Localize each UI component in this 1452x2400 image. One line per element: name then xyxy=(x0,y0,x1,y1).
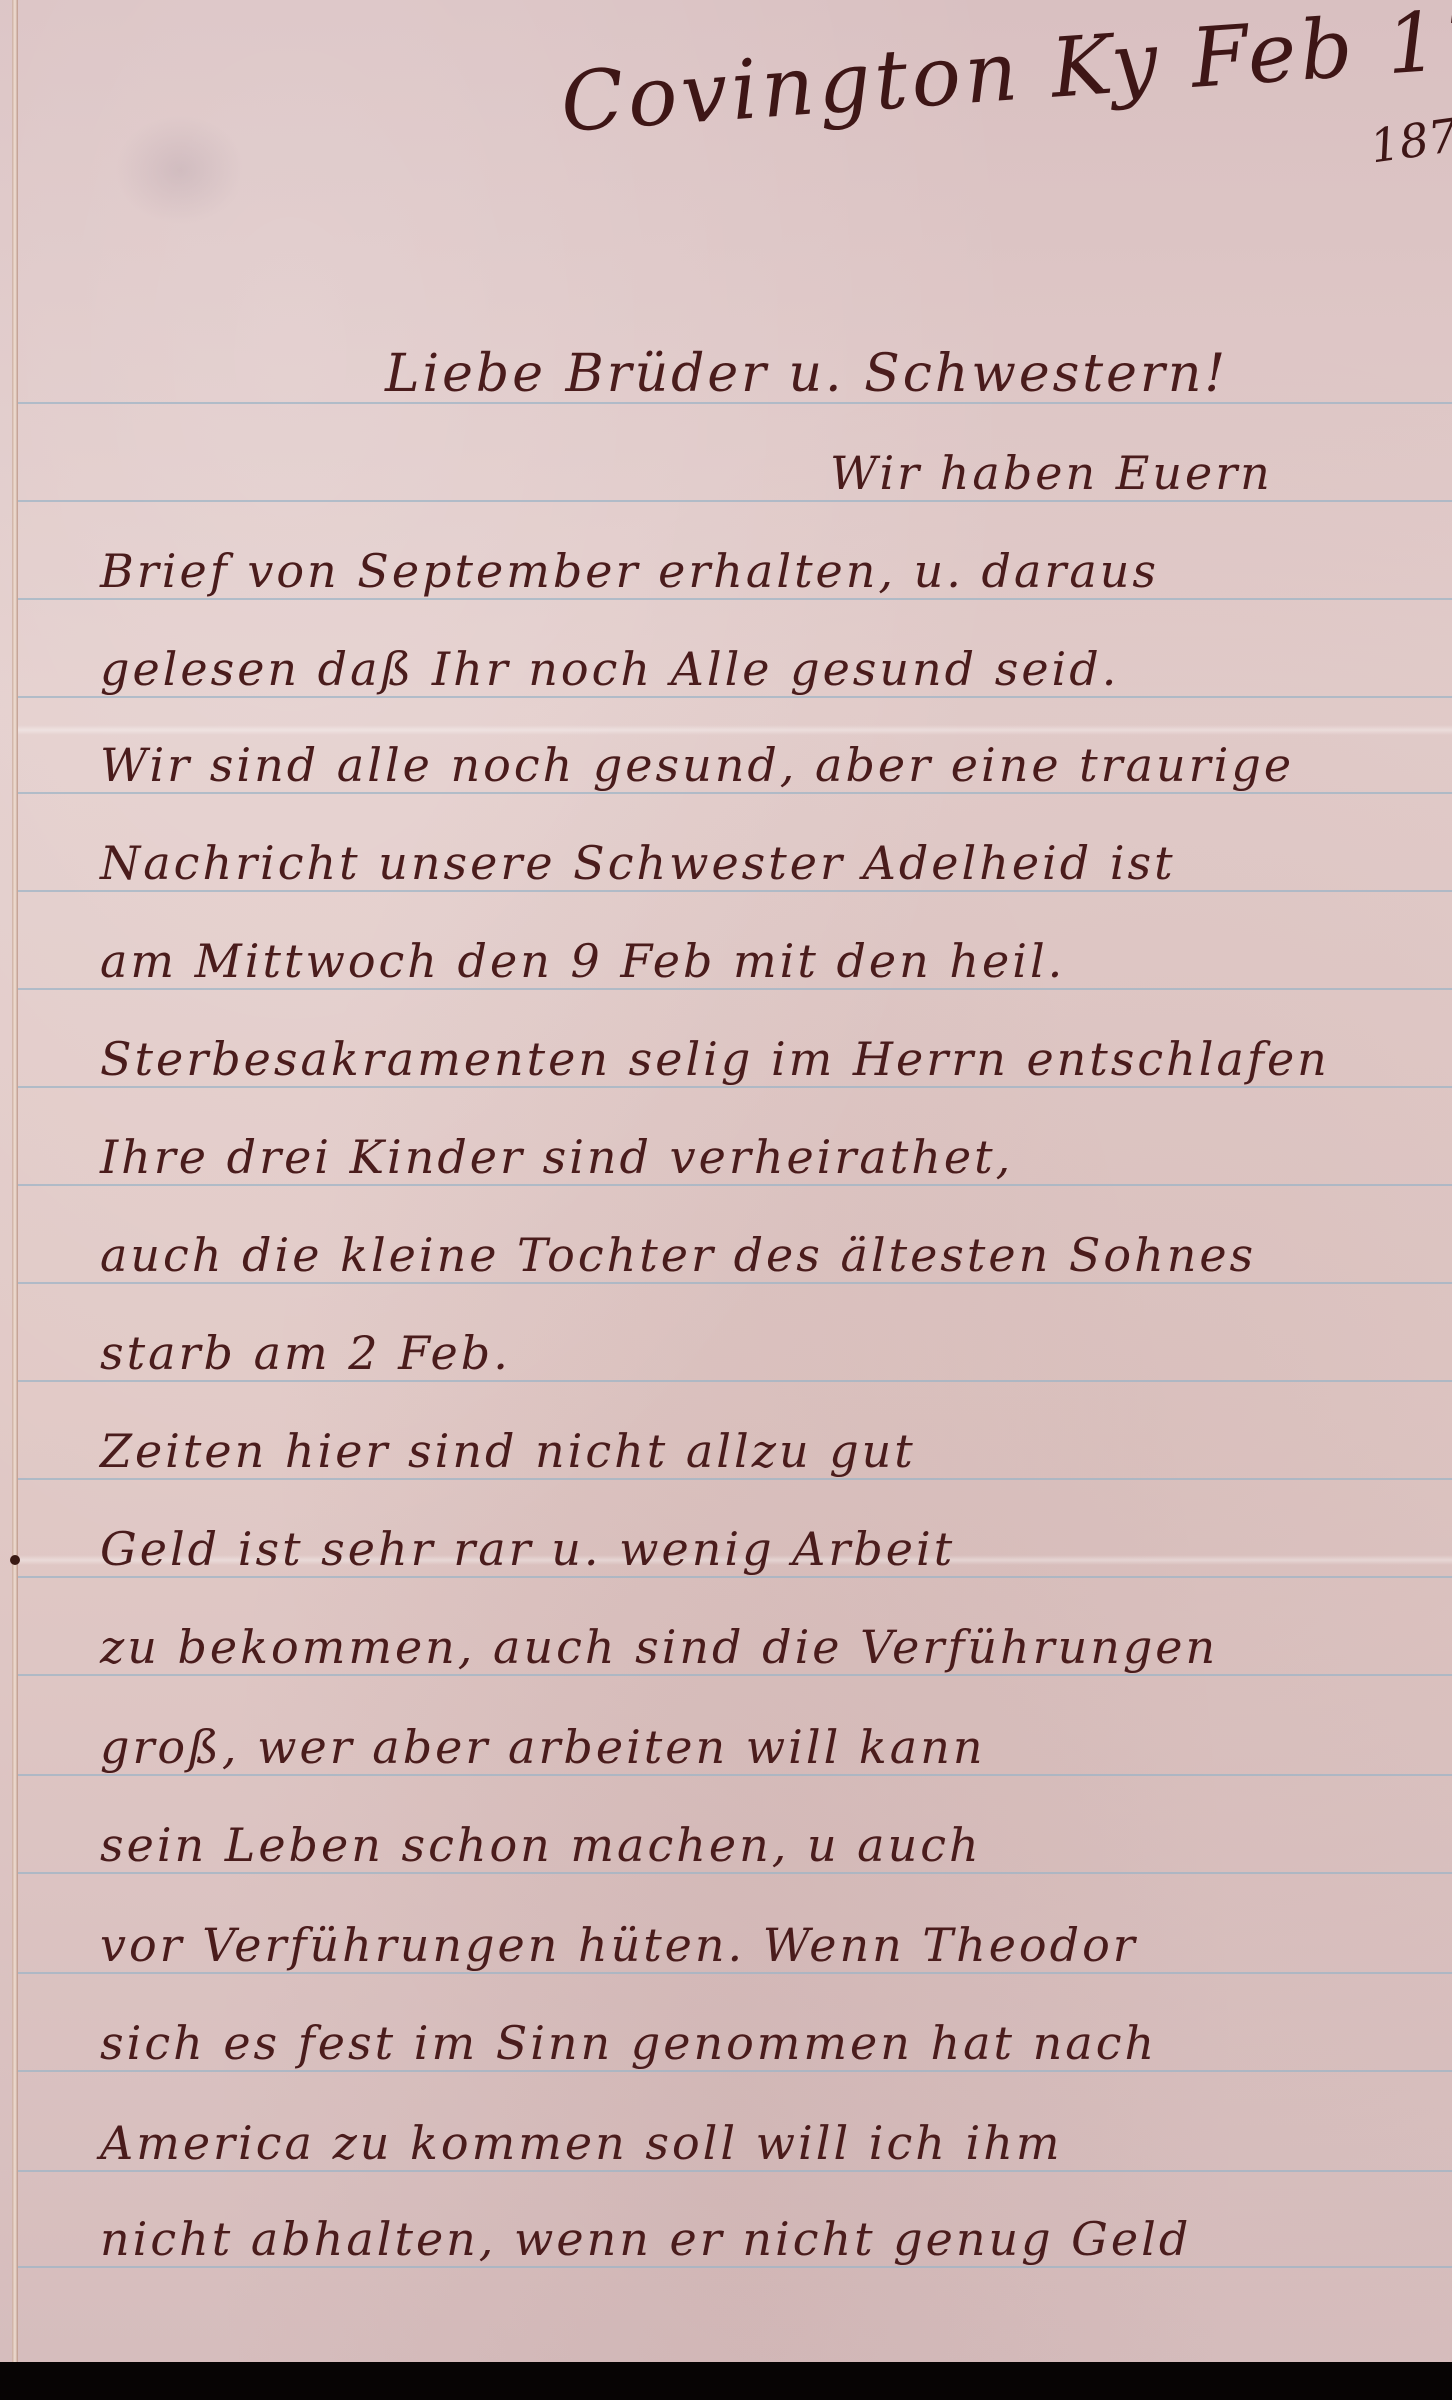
ruled-line xyxy=(18,1972,1452,1974)
letter-line: sich es fest im Sinn genommen hat nach xyxy=(100,2020,1157,2066)
letter-line: Sterbesakramenten selig im Herrn entschl… xyxy=(100,1036,1330,1082)
ruled-line xyxy=(18,1478,1452,1480)
letter-line: Wir sind alle noch gesund, aber eine tra… xyxy=(100,742,1294,788)
letter-line: am Mittwoch den 9 Feb mit den heil. xyxy=(100,938,1065,984)
ruled-line xyxy=(18,2170,1452,2172)
ruled-line xyxy=(18,500,1452,502)
ruled-line xyxy=(18,1872,1452,1874)
ruled-line xyxy=(18,1576,1452,1578)
ruled-line xyxy=(18,1282,1452,1284)
ruled-line xyxy=(18,1674,1452,1676)
letter-line: Wir haben Euern xyxy=(830,450,1273,496)
pin-hole xyxy=(10,1555,20,1565)
scan-border xyxy=(0,2362,1452,2400)
left-fold-edge xyxy=(12,0,18,2362)
letter-line: Nachricht unsere Schwester Adelheid ist xyxy=(100,840,1176,886)
letter-line: America zu kommen soll will ich ihm xyxy=(100,2120,1063,2166)
place-date-heading: Covington Ky Feb 17th xyxy=(558,0,1452,151)
letter-line: gelesen daß Ihr noch Alle gesund seid. xyxy=(100,646,1119,692)
letter-line: Geld ist sehr rar u. wenig Arbeit xyxy=(100,1526,955,1572)
ruled-line xyxy=(18,598,1452,600)
letter-line: Brief von September erhalten, u. daraus xyxy=(100,548,1159,594)
ruled-line xyxy=(18,1774,1452,1776)
year-heading: 187? xyxy=(1367,104,1452,173)
letter-line: sein Leben schon machen, u auch xyxy=(100,1822,982,1868)
horizontal-fold-crease xyxy=(18,725,1452,735)
ruled-line xyxy=(18,1184,1452,1186)
ruled-line xyxy=(18,890,1452,892)
letter-line: nicht abhalten, wenn er nicht genug Geld xyxy=(100,2216,1191,2262)
salutation: Liebe Brüder u. Schwestern! xyxy=(385,348,1228,400)
ruled-line xyxy=(18,988,1452,990)
letter-page: Covington Ky Feb 17th 187? Liebe Brüder … xyxy=(0,0,1452,2362)
letter-line: Zeiten hier sind nicht allzu gut xyxy=(100,1428,916,1474)
ruled-line xyxy=(18,696,1452,698)
ruled-line xyxy=(18,2266,1452,2268)
letter-line: groß, wer aber arbeiten will kann xyxy=(100,1724,985,1770)
letter-line: starb am 2 Feb. xyxy=(100,1330,511,1376)
letter-line: Ihre drei Kinder sind verheirathet, xyxy=(100,1134,1013,1180)
ruled-line xyxy=(18,1086,1452,1088)
ruled-line xyxy=(18,1380,1452,1382)
letter-line: zu bekommen, auch sind die Verführungen xyxy=(100,1624,1218,1670)
paper-embossed-stamp xyxy=(115,115,245,225)
letter-line: vor Verführungen hüten. Wenn Theodor xyxy=(100,1922,1138,1968)
ruled-line xyxy=(18,792,1452,794)
letter-line: auch die kleine Tochter des ältesten Soh… xyxy=(100,1232,1256,1278)
ruled-line xyxy=(18,2070,1452,2072)
